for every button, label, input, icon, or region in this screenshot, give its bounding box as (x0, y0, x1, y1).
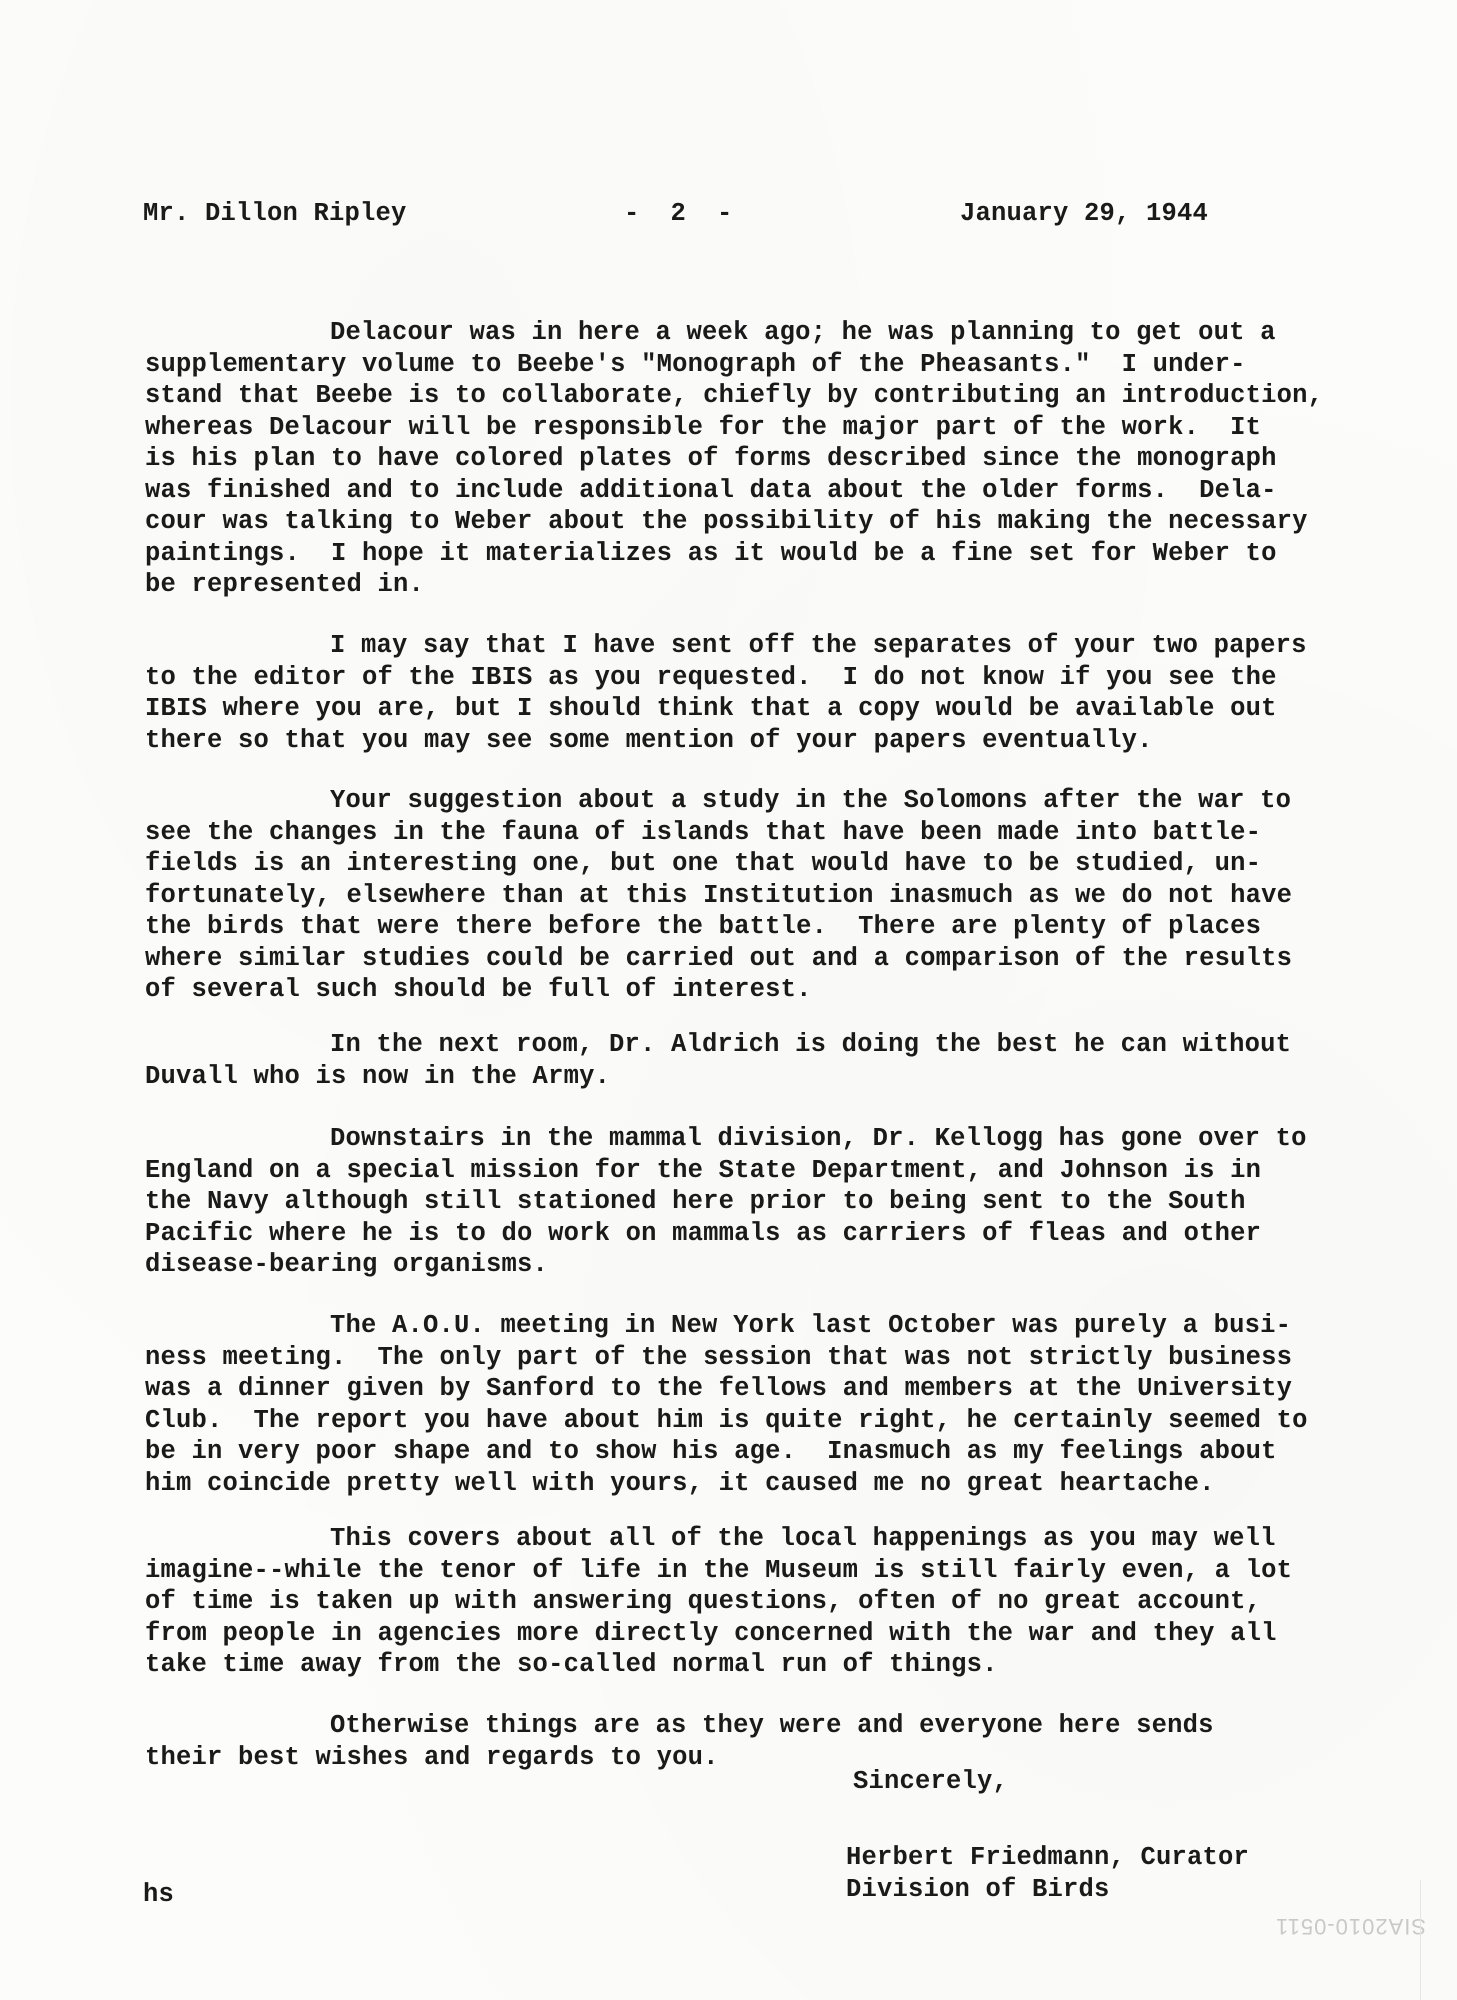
text-line: was finished and to include additional d… (145, 478, 1345, 510)
text-line: The A.O.U. meeting in New York last Octo… (145, 1313, 1345, 1345)
text-line: paintings. I hope it materializes as it … (145, 541, 1345, 573)
text-line: Downstairs in the mammal division, Dr. K… (145, 1126, 1345, 1158)
text-line: stand that Beebe is to collaborate, chie… (145, 383, 1345, 415)
text-line: fields is an interesting one, but one th… (145, 851, 1345, 883)
paragraph-regards: Otherwise things are as they were and ev… (145, 1713, 1345, 1776)
text-line: from people in agencies more directly co… (145, 1621, 1345, 1653)
typist-initials: hs (143, 1882, 174, 1908)
text-line: there so that you may see some mention o… (145, 728, 1345, 760)
paragraph-solomons: Your suggestion about a study in the Sol… (145, 788, 1345, 1009)
recipient-name: Mr. Dillon Ripley (143, 201, 407, 227)
text-line: IBIS where you are, but I should think t… (145, 696, 1345, 728)
text-line: fortunately, elsewhere than at this Inst… (145, 883, 1345, 915)
text-line: the Navy although still stationed here p… (145, 1189, 1345, 1221)
text-line: disease-bearing organisms. (145, 1252, 1345, 1284)
text-line: him coincide pretty well with yours, it … (145, 1471, 1345, 1503)
text-line: of time is taken up with answering quest… (145, 1589, 1345, 1621)
text-line: of several such should be full of intere… (145, 977, 1345, 1009)
paragraph-mammal-division: Downstairs in the mammal division, Dr. K… (145, 1126, 1345, 1284)
text-line: This covers about all of the local happe… (145, 1526, 1345, 1558)
letter-date: January 29, 1944 (960, 201, 1208, 227)
text-line: be in very poor shape and to show his ag… (145, 1439, 1345, 1471)
letter-page: Mr. Dillon Ripley - 2 - January 29, 1944… (0, 0, 1457, 2000)
text-line: the birds that were there before the bat… (145, 914, 1345, 946)
text-line: supplementary volume to Beebe's "Monogra… (145, 352, 1345, 384)
text-line: where similar studies could be carried o… (145, 946, 1345, 978)
text-line: Otherwise things are as they were and ev… (145, 1713, 1345, 1745)
text-line: imagine--while the tenor of life in the … (145, 1558, 1345, 1590)
text-line: their best wishes and regards to you. (145, 1745, 1345, 1777)
text-line: whereas Delacour will be responsible for… (145, 415, 1345, 447)
text-line: Delacour was in here a week ago; he was … (145, 320, 1345, 352)
text-line: I may say that I have sent off the separ… (145, 633, 1345, 665)
text-line: cour was talking to Weber about the poss… (145, 509, 1345, 541)
text-line: was a dinner given by Sanford to the fel… (145, 1376, 1345, 1408)
page-edge-mark (1420, 1880, 1421, 2000)
text-line: take time away from the so-called normal… (145, 1652, 1345, 1684)
text-line: England on a special mission for the Sta… (145, 1158, 1345, 1190)
text-line: Your suggestion about a study in the Sol… (145, 788, 1345, 820)
page-number: - 2 - (624, 201, 733, 227)
text-line: to the editor of the IBIS as you request… (145, 665, 1345, 697)
text-line: Pacific where he is to do work on mammal… (145, 1221, 1345, 1253)
signer-name: Herbert Friedmann, Curator (846, 1845, 1249, 1871)
paragraph-delacour: Delacour was in here a week ago; he was … (145, 320, 1345, 604)
paragraph-aou-meeting: The A.O.U. meeting in New York last Octo… (145, 1313, 1345, 1502)
text-line: ness meeting. The only part of the sessi… (145, 1345, 1345, 1377)
signer-title: Division of Birds (846, 1877, 1110, 1903)
paragraph-local-happenings: This covers about all of the local happe… (145, 1526, 1345, 1684)
text-line: Club. The report you have about him is q… (145, 1408, 1345, 1440)
text-line: be represented in. (145, 572, 1345, 604)
text-line: see the changes in the fauna of islands … (145, 820, 1345, 852)
text-line: In the next room, Dr. Aldrich is doing t… (145, 1032, 1345, 1064)
valediction: Sincerely, (853, 1769, 1008, 1795)
text-line: is his plan to have colored plates of fo… (145, 446, 1345, 478)
archive-stamp: SIA2010-0511 (1275, 1913, 1426, 1939)
paragraph-aldrich: In the next room, Dr. Aldrich is doing t… (145, 1032, 1345, 1095)
text-line: Duvall who is now in the Army. (145, 1064, 1345, 1096)
paragraph-ibis: I may say that I have sent off the separ… (145, 633, 1345, 759)
